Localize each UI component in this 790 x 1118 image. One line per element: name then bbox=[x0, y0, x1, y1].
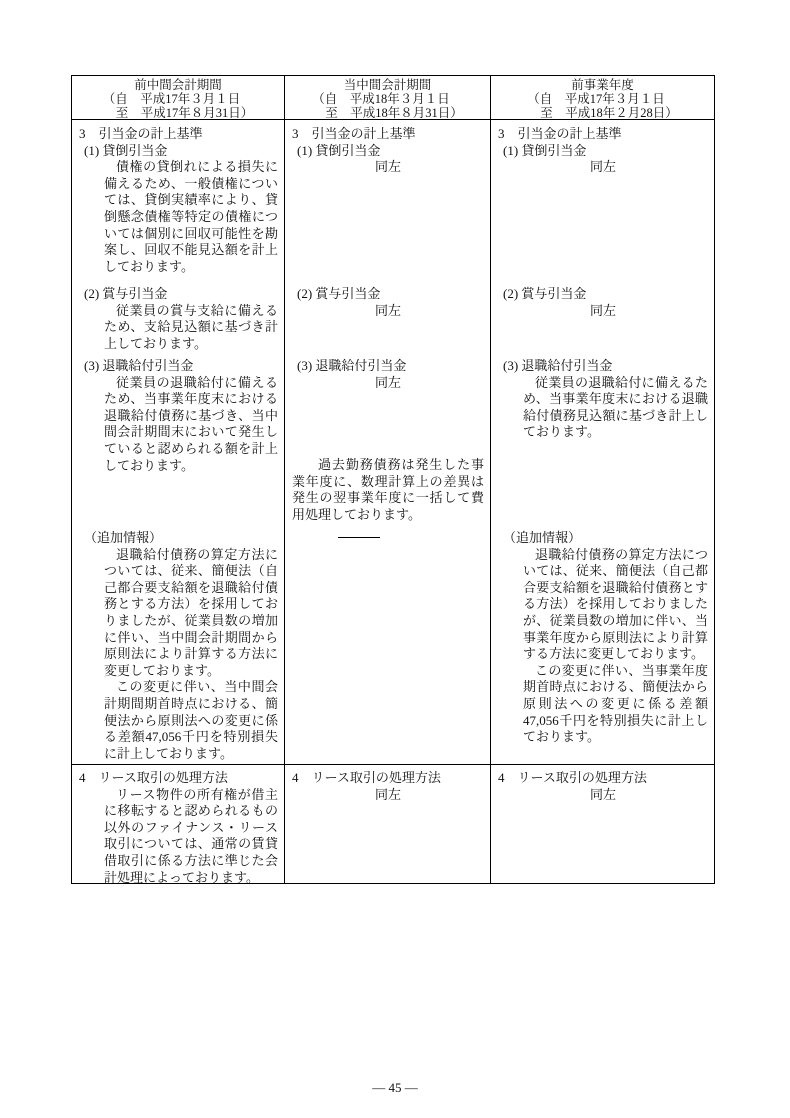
section-additional-info: （追加情報） 退職給付債務の算定方法については、従来、簡便法（自己都合要支給額を… bbox=[72, 530, 284, 764]
additional-info-body-1: 退職給付債務の算定方法については、従来、簡便法（自己都合要支給額を退職給付債務と… bbox=[523, 547, 708, 663]
same-as-left: 同左 bbox=[498, 787, 708, 804]
period-to: 至 平成17年８月31日） bbox=[103, 106, 254, 119]
period-dates: （自 平成17年３月１日 至 平成17年８月31日） bbox=[103, 92, 254, 119]
same-as-left: 同左 bbox=[498, 159, 708, 176]
additional-info-body-2: この変更に伴い、当中間会計期間期首時点における、簡便法から原則法への変更に係る差… bbox=[104, 679, 278, 762]
item-retirement-provision-body: 従業員の退職給付に備えるため、当事業年度末における退職給付債務見込額に基づき計上… bbox=[523, 375, 708, 441]
section-bonus-provision: (2) 賞与引当金 同左 bbox=[491, 286, 714, 358]
period-from: （自 平成17年３月１日 bbox=[103, 92, 254, 106]
item-retirement-provision-label: (3) 退職給付引当金 bbox=[292, 358, 484, 375]
period-to: 至 平成18年２月28日） bbox=[527, 106, 678, 119]
same-as-left: 同左 bbox=[292, 159, 484, 176]
header-cell-prev-interim-period: 前中間会計期間 （自 平成17年３月１日 至 平成17年８月31日） bbox=[72, 76, 284, 119]
period-from: （自 平成18年３月１日 bbox=[312, 92, 463, 106]
section-provisions-heading: 3 引当金の計上基準 (1) 貸倒引当金 同左 bbox=[491, 120, 714, 286]
blank-dash-line bbox=[338, 537, 380, 538]
item-bonus-provision-body: 従業員の賞与支給に備えるため、支給見込額に基づき計上しております。 bbox=[104, 303, 278, 353]
period-from: （自 平成17年３月１日 bbox=[527, 92, 678, 106]
item-bonus-provision-label: (2) 賞与引当金 bbox=[79, 286, 278, 303]
section-additional-info: （追加情報） 退職給付債務の算定方法については、従来、簡便法（自己都合要支給額を… bbox=[491, 530, 714, 764]
section-heading: 4 リース取引の処理方法 bbox=[79, 770, 278, 787]
additional-info-body-2: この変更に伴い、当事業年度期首時点における、簡便法から原則法への変更に係る差額4… bbox=[523, 663, 708, 746]
past-service-cost-note: 過去勤務債務は発生した事業年度に、数理計算上の差異は発生の翌事業年度に一括して費… bbox=[292, 457, 484, 523]
provisions-cell-prev-fiscal-year: 3 引当金の計上基準 (1) 貸倒引当金 同左 (2) 賞与引当金 同左 (3)… bbox=[490, 120, 714, 764]
additional-info-body-1: 退職給付債務の算定方法については、従来、簡便法（自己都合要支給額を退職給付債務と… bbox=[104, 547, 278, 680]
item-retirement-provision-label: (3) 退職給付引当金 bbox=[79, 358, 278, 375]
period-title: 前事業年度 bbox=[491, 78, 714, 92]
accounting-policies-table: 前中間会計期間 （自 平成17年３月１日 至 平成17年８月31日） 当中間会計… bbox=[71, 75, 715, 884]
section-heading: 3 引当金の計上基準 bbox=[498, 126, 708, 143]
table-header-row: 前中間会計期間 （自 平成17年３月１日 至 平成17年８月31日） 当中間会計… bbox=[72, 76, 714, 119]
provisions-cell-prev-interim: 3 引当金の計上基準 (1) 貸倒引当金 債権の貸倒れによる損失に備えるため、一… bbox=[72, 120, 284, 764]
lease-row: 4 リース取引の処理方法 リース物件の所有権が借主に移転すると認められるもの以外… bbox=[72, 764, 714, 883]
page-number: ― 45 ― bbox=[0, 1080, 790, 1095]
same-as-left: 同左 bbox=[292, 375, 484, 392]
item-allowance-doubtful-accounts-label: (1) 貸倒引当金 bbox=[292, 143, 484, 160]
period-title: 当中間会計期間 bbox=[285, 78, 490, 92]
section-provisions-heading: 3 引当金の計上基準 (1) 貸倒引当金 同左 bbox=[285, 120, 490, 286]
header-cell-prev-fiscal-year: 前事業年度 （自 平成17年３月１日 至 平成18年２月28日） bbox=[490, 76, 714, 119]
period-dates: （自 平成17年３月１日 至 平成18年２月28日） bbox=[527, 92, 678, 119]
item-allowance-doubtful-accounts-label: (1) 貸倒引当金 bbox=[79, 143, 278, 160]
additional-info-label: （追加情報） bbox=[498, 530, 708, 547]
section-provisions-heading: 3 引当金の計上基準 (1) 貸倒引当金 債権の貸倒れによる損失に備えるため、一… bbox=[72, 120, 284, 286]
section-heading: 4 リース取引の処理方法 bbox=[292, 770, 484, 787]
lease-cell-current-interim: 4 リース取引の処理方法 同左 bbox=[284, 765, 490, 883]
provisions-cell-current-interim: 3 引当金の計上基準 (1) 貸倒引当金 同左 (2) 賞与引当金 同左 (3)… bbox=[284, 120, 490, 764]
additional-info-label: （追加情報） bbox=[79, 530, 278, 547]
section-heading: 4 リース取引の処理方法 bbox=[498, 770, 708, 787]
same-as-left: 同左 bbox=[292, 787, 484, 804]
document-page: 前中間会計期間 （自 平成17年３月１日 至 平成17年８月31日） 当中間会計… bbox=[0, 0, 790, 1118]
lease-cell-prev-fiscal-year: 4 リース取引の処理方法 同左 bbox=[490, 765, 714, 883]
item-bonus-provision-label: (2) 賞与引当金 bbox=[498, 286, 708, 303]
section-retirement-provision: (3) 退職給付引当金 同左 過去勤務債務は発生した事業年度に、数理計算上の差異… bbox=[285, 358, 490, 530]
period-title: 前中間会計期間 bbox=[72, 78, 284, 92]
same-as-left: 同左 bbox=[292, 303, 484, 320]
same-as-left: 同左 bbox=[498, 303, 708, 320]
item-retirement-provision-label: (3) 退職給付引当金 bbox=[498, 358, 708, 375]
period-dates: （自 平成18年３月１日 至 平成18年８月31日） bbox=[312, 92, 463, 119]
section-heading: 3 引当金の計上基準 bbox=[292, 126, 484, 143]
period-to: 至 平成18年８月31日） bbox=[312, 106, 463, 119]
item-allowance-doubtful-accounts-body: 債権の貸倒れによる損失に備えるため、一般債権については、貸倒実績率により、貸倒懸… bbox=[104, 159, 278, 275]
item-bonus-provision-label: (2) 賞与引当金 bbox=[292, 286, 484, 303]
lease-body: リース物件の所有権が借主に移転すると認められるもの以外のファイナンス・リース取引… bbox=[104, 787, 278, 883]
section-bonus-provision: (2) 賞与引当金 従業員の賞与支給に備えるため、支給見込額に基づき計上しており… bbox=[72, 286, 284, 358]
section-retirement-provision: (3) 退職給付引当金 従業員の退職給付に備えるため、当事業年度末における退職給… bbox=[72, 358, 284, 530]
header-cell-current-interim-period: 当中間会計期間 （自 平成18年３月１日 至 平成18年８月31日） bbox=[284, 76, 490, 119]
item-allowance-doubtful-accounts-label: (1) 貸倒引当金 bbox=[498, 143, 708, 160]
section-additional-info bbox=[285, 530, 490, 764]
lease-cell-prev-interim: 4 リース取引の処理方法 リース物件の所有権が借主に移転すると認められるもの以外… bbox=[72, 765, 284, 883]
section-retirement-provision: (3) 退職給付引当金 従業員の退職給付に備えるため、当事業年度末における退職給… bbox=[491, 358, 714, 530]
section-heading: 3 引当金の計上基準 bbox=[79, 126, 278, 143]
section-bonus-provision: (2) 賞与引当金 同左 bbox=[285, 286, 490, 358]
item-retirement-provision-body: 従業員の退職給付に備えるため、当事業年度末における退職給付債務に基づき、当中間会… bbox=[104, 375, 278, 475]
provisions-row: 3 引当金の計上基準 (1) 貸倒引当金 債権の貸倒れによる損失に備えるため、一… bbox=[72, 119, 714, 764]
